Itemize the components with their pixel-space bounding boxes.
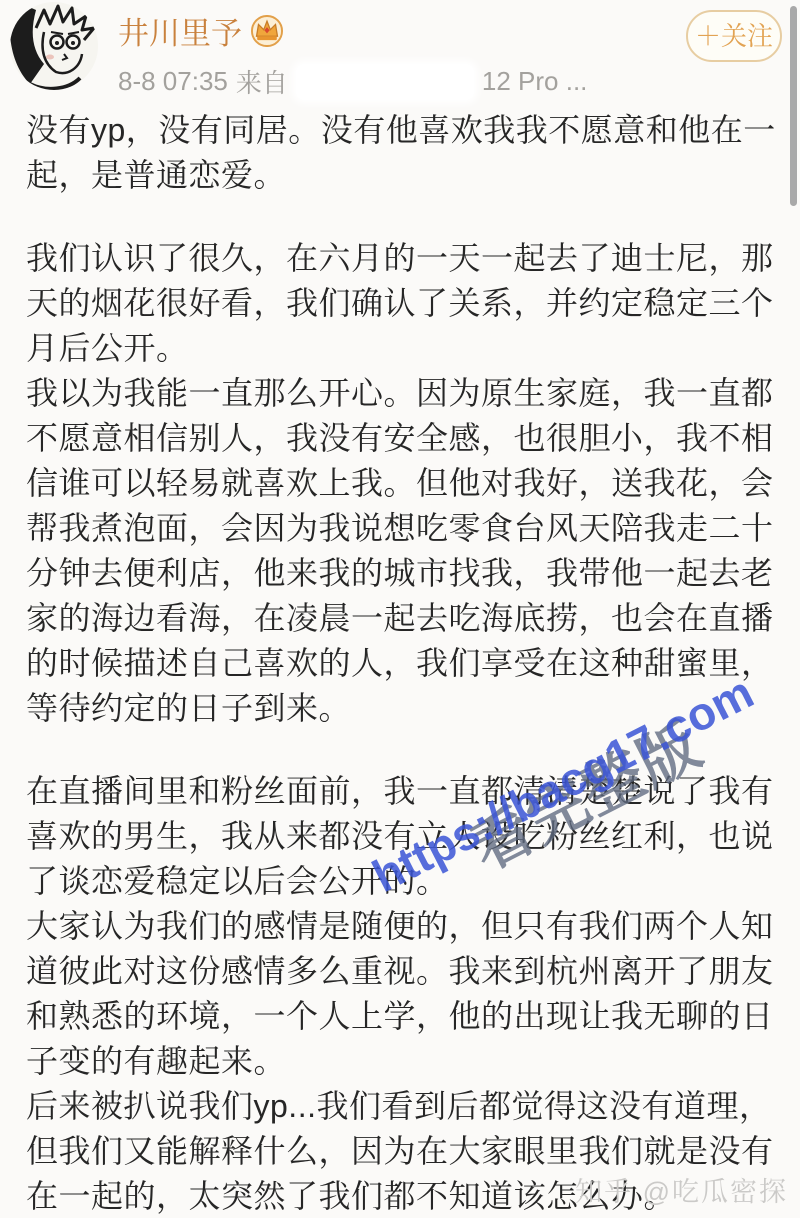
post-line: 家的海边看海，在凌晨一起去吃海底捞，也会在直播 bbox=[26, 596, 774, 641]
post-paragraph: 大家认为我们的感情是随便的，但只有我们两个人知道彼此对这份感情多么重视。我来到杭… bbox=[26, 904, 774, 1084]
post-line: 帮我煮泡面，会因为我说想吃零食台风天陪我走二十 bbox=[26, 506, 774, 551]
post-line: 我们认识了很久，在六月的一天一起去了迪士尼，那 bbox=[26, 236, 774, 281]
post-line: 子变的有趣起来。 bbox=[26, 1039, 774, 1084]
post-paragraph: 没有yp，没有同居。没有他喜欢我我不愿意和他在一起，是普通恋爱。 bbox=[26, 108, 774, 198]
post-meta: 8-8 07:35 来自 12 Pro ... bbox=[118, 63, 587, 100]
post-body: 没有yp，没有同居。没有他喜欢我我不愿意和他在一起，是普通恋爱。我们认识了很久，… bbox=[0, 102, 800, 1218]
post-line: 和熟悉的环境，一个人上学，他的出现让我无聊的日 bbox=[26, 994, 774, 1039]
weibo-post-screenshot: 井川里予 8-8 07:35 来自 12 Pro ... ＋关注 没有yp， bbox=[0, 0, 800, 1218]
post-line: 大家认为我们的感情是随便的，但只有我们两个人知 bbox=[26, 904, 774, 949]
scrollbar-thumb[interactable] bbox=[790, 6, 797, 206]
post-line: 没有yp，没有同居。没有他喜欢我我不愿意和他在一 bbox=[26, 108, 774, 153]
avatar-cartoon-illustration bbox=[10, 2, 98, 90]
post-paragraph: 我们认识了很久，在六月的一天一起去了迪士尼，那天的烟花很好看，我们确认了关系，并… bbox=[26, 236, 774, 371]
post-line: 但我们又能解释什么，因为在大家眼里我们就是没有 bbox=[26, 1129, 774, 1174]
redaction-blur-box bbox=[296, 64, 474, 100]
post-line: 信谁可以轻易就喜欢上我。但他对我好，送我花，会 bbox=[26, 461, 774, 506]
zhihu-credit-watermark: 知乎 @吃瓜密探 bbox=[575, 1170, 788, 1209]
post-line: 月后公开。 bbox=[26, 326, 774, 371]
post-line: 的时候描述自己喜欢的人，我们享受在这种甜蜜里， bbox=[26, 641, 774, 686]
post-line: 我以为我能一直那么开心。因为原生家庭，我一直都 bbox=[26, 371, 774, 416]
post-line: 后来被扒说我们yp...我们看到后都觉得这没有道理， bbox=[26, 1084, 774, 1129]
post-line: 天的烟花很好看，我们确认了关系，并约定稳定三个 bbox=[26, 281, 774, 326]
header-user-info: 井川里予 8-8 07:35 来自 12 Pro ... bbox=[118, 8, 587, 100]
post-header: 井川里予 8-8 07:35 来自 12 Pro ... ＋关注 bbox=[0, 0, 800, 102]
crown-vip-badge-icon bbox=[250, 15, 284, 47]
name-row: 井川里予 bbox=[118, 8, 587, 53]
avatar[interactable] bbox=[10, 2, 98, 90]
post-line: 起，是普通恋爱。 bbox=[26, 153, 774, 198]
post-line: 不愿意相信别人，我没有安全感，也很胆小，我不相 bbox=[26, 416, 774, 461]
follow-button[interactable]: ＋关注 bbox=[686, 10, 782, 62]
source-prefix: 来自 bbox=[236, 63, 288, 100]
post-line: 道彼此对这份感情多么重视。我来到杭州离开了朋友 bbox=[26, 949, 774, 994]
timestamp: 8-8 07:35 bbox=[118, 66, 228, 97]
post-paragraph: 我以为我能一直那么开心。因为原生家庭，我一直都不愿意相信别人，我没有安全感，也很… bbox=[26, 371, 774, 731]
source-device[interactable]: 12 Pro ... bbox=[482, 66, 588, 97]
post-line: 分钟去便利店，他来我的城市找我，我带他一起去老 bbox=[26, 551, 774, 596]
username[interactable]: 井川里予 bbox=[118, 8, 242, 53]
